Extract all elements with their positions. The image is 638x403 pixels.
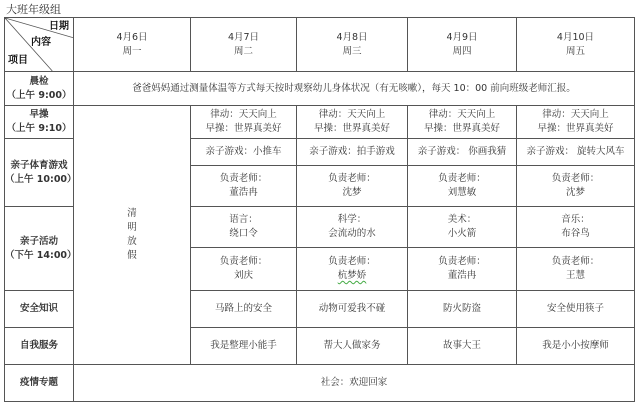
- rhythm-text: 律动：天天向上: [297, 108, 407, 122]
- subject-cell: 语言：绕口令: [191, 207, 297, 248]
- game-cell: 亲子游戏： 旋转大风车: [517, 139, 635, 166]
- self-service-cell: 帮大人做家务: [297, 328, 408, 365]
- teacher-label: 负责老师：: [191, 172, 296, 186]
- row-label: 亲子体育游戏: [5, 159, 73, 173]
- subject-cell: 美术：小火箭: [408, 207, 517, 248]
- game-cell: 亲子游戏：小推车: [191, 139, 297, 166]
- self-service-cell: 故事大王: [408, 328, 517, 365]
- row-time: （上午 10:00）: [5, 173, 73, 187]
- day-weekday: 周一: [74, 45, 190, 59]
- safety-cell: 动物可爱我不碰: [297, 291, 408, 328]
- teacher-name: 刘慧敏: [408, 186, 516, 200]
- row-label: 亲子活动: [5, 235, 73, 249]
- game-cell: 亲子游戏： 你画我猜: [408, 139, 517, 166]
- teacher-label: 负责老师：: [297, 255, 407, 269]
- teacher-label: 负责老师：: [408, 172, 516, 186]
- row-label-parent-activity: 亲子活动（下午 14:00）: [5, 207, 74, 291]
- subject-topic: 布谷鸟: [517, 227, 634, 241]
- exercise-cell: 律动：天天向上早操：世界真美好: [517, 106, 635, 139]
- row-label-morning-check: 晨检（上午 9:00）: [5, 72, 74, 106]
- row-label: 早操: [5, 108, 73, 122]
- exercise-text: 早操：世界真美好: [408, 122, 516, 136]
- exercise-cell: 律动：天天向上早操：世界真美好: [191, 106, 297, 139]
- game-cell: 亲子游戏：拍手游戏: [297, 139, 408, 166]
- morning-exercise-row: 早操（上午 9:10） 清 明 放 假 律动：天天向上早操：世界真美好 律动：天…: [5, 106, 635, 139]
- teacher-name: 王慧: [517, 269, 634, 283]
- teacher-cell: 负责老师：沈梦: [517, 166, 635, 207]
- diagonal-header-cell: 日期 内容 项目: [5, 18, 74, 72]
- teacher-cell: 负责老师：董浩冉: [191, 166, 297, 207]
- group-title: 大班年级组: [6, 1, 61, 17]
- exercise-text: 早操：世界真美好: [517, 122, 634, 136]
- teacher-cell: 负责老师：刘庆: [191, 248, 297, 291]
- day-header-wed: 4月8日周三: [297, 18, 408, 72]
- exercise-cell: 律动：天天向上早操：世界真美好: [408, 106, 517, 139]
- teacher-name: 沈梦: [517, 186, 634, 200]
- teacher-name: 沈梦: [297, 186, 407, 200]
- subject-topic: 小火箭: [408, 227, 516, 241]
- teacher-label: 负责老师：: [408, 255, 516, 269]
- teacher-cell: 负责老师：王慧: [517, 248, 635, 291]
- morning-check-content: 爸爸妈妈通过测量体温等方式每天按时观察幼儿身体状况（有无咳嗽），每天 10：00…: [74, 72, 635, 106]
- day-date: 4月10日: [517, 31, 634, 45]
- day-weekday: 周二: [191, 45, 296, 59]
- rhythm-text: 律动：天天向上: [408, 108, 516, 122]
- subject-cell: 音乐：布谷鸟: [517, 207, 635, 248]
- subject-topic: 绕口令: [191, 227, 296, 241]
- self-service-cell: 我是整理小能手: [191, 328, 297, 365]
- teacher-name: 杭梦娇: [297, 269, 407, 283]
- subject-label: 科学：: [297, 213, 407, 227]
- content-axis-label: 内容: [31, 36, 51, 50]
- weekly-schedule-table: 日期 内容 项目 4月6日周一 4月7日周二 4月8日周三 4月9日周四 4月1…: [4, 17, 635, 402]
- header-row: 日期 内容 项目 4月6日周一 4月7日周二 4月8日周三 4月9日周四 4月1…: [5, 18, 635, 72]
- subject-topic: 会流动的水: [297, 227, 407, 241]
- day-header-mon: 4月6日周一: [74, 18, 191, 72]
- row-time: （上午 9:00）: [5, 89, 73, 103]
- teacher-cell: 负责老师：杭梦娇: [297, 248, 408, 291]
- row-label: 晨检: [5, 75, 73, 89]
- rhythm-text: 律动：天天向上: [191, 108, 296, 122]
- holiday-char: 清: [74, 207, 190, 221]
- day-header-fri: 4月10日周五: [517, 18, 635, 72]
- day-header-thu: 4月9日周四: [408, 18, 517, 72]
- subject-cell: 科学：会流动的水: [297, 207, 408, 248]
- holiday-char: 明: [74, 221, 190, 235]
- self-service-cell: 我是小小按摩师: [517, 328, 635, 365]
- exercise-text: 早操：世界真美好: [297, 122, 407, 136]
- subject-label: 音乐：: [517, 213, 634, 227]
- day-weekday: 周四: [408, 45, 516, 59]
- holiday-char: 放: [74, 235, 190, 249]
- day-date: 4月7日: [191, 31, 296, 45]
- teacher-cell: 负责老师：刘慧敏: [408, 166, 517, 207]
- day-date: 4月9日: [408, 31, 516, 45]
- subject-label: 语言：: [191, 213, 296, 227]
- date-axis-label: 日期: [49, 20, 69, 34]
- day-date: 4月8日: [297, 31, 407, 45]
- teacher-cell: 负责老师：董浩冉: [408, 248, 517, 291]
- teacher-name: 董浩冉: [408, 269, 516, 283]
- subject-label: 美术：: [408, 213, 516, 227]
- epidemic-row: 疫情专题 社会：欢迎回家: [5, 365, 635, 402]
- row-label-self-service: 自我服务: [5, 328, 74, 365]
- morning-check-row: 晨检（上午 9:00） 爸爸妈妈通过测量体温等方式每天按时观察幼儿身体状况（有无…: [5, 72, 635, 106]
- teacher-name: 刘庆: [191, 269, 296, 283]
- qingming-holiday-cell: 清 明 放 假: [74, 106, 191, 365]
- exercise-cell: 律动：天天向上早操：世界真美好: [297, 106, 408, 139]
- teacher-label: 负责老师：: [517, 255, 634, 269]
- row-time: （下午 14:00）: [5, 249, 73, 263]
- day-weekday: 周五: [517, 45, 634, 59]
- exercise-text: 早操：世界真美好: [191, 122, 296, 136]
- rhythm-text: 律动：天天向上: [517, 108, 634, 122]
- day-date: 4月6日: [74, 31, 190, 45]
- item-axis-label: 项目: [8, 54, 28, 68]
- teacher-label: 负责老师：: [517, 172, 634, 186]
- holiday-char: 假: [74, 249, 190, 263]
- row-label-epidemic: 疫情专题: [5, 365, 74, 402]
- teacher-label: 负责老师：: [297, 172, 407, 186]
- teacher-cell: 负责老师：沈梦: [297, 166, 408, 207]
- row-label-sports-game: 亲子体育游戏（上午 10:00）: [5, 139, 74, 207]
- safety-cell: 安全使用筷子: [517, 291, 635, 328]
- safety-cell: 马路上的安全: [191, 291, 297, 328]
- day-header-tue: 4月7日周二: [191, 18, 297, 72]
- day-weekday: 周三: [297, 45, 407, 59]
- safety-cell: 防火防盗: [408, 291, 517, 328]
- epidemic-content: 社会：欢迎回家: [74, 365, 635, 402]
- row-label-safety: 安全知识: [5, 291, 74, 328]
- teacher-name: 董浩冉: [191, 186, 296, 200]
- row-time: （上午 9:10）: [5, 122, 73, 136]
- row-label-morning-exercise: 早操（上午 9:10）: [5, 106, 74, 139]
- teacher-label: 负责老师：: [191, 255, 296, 269]
